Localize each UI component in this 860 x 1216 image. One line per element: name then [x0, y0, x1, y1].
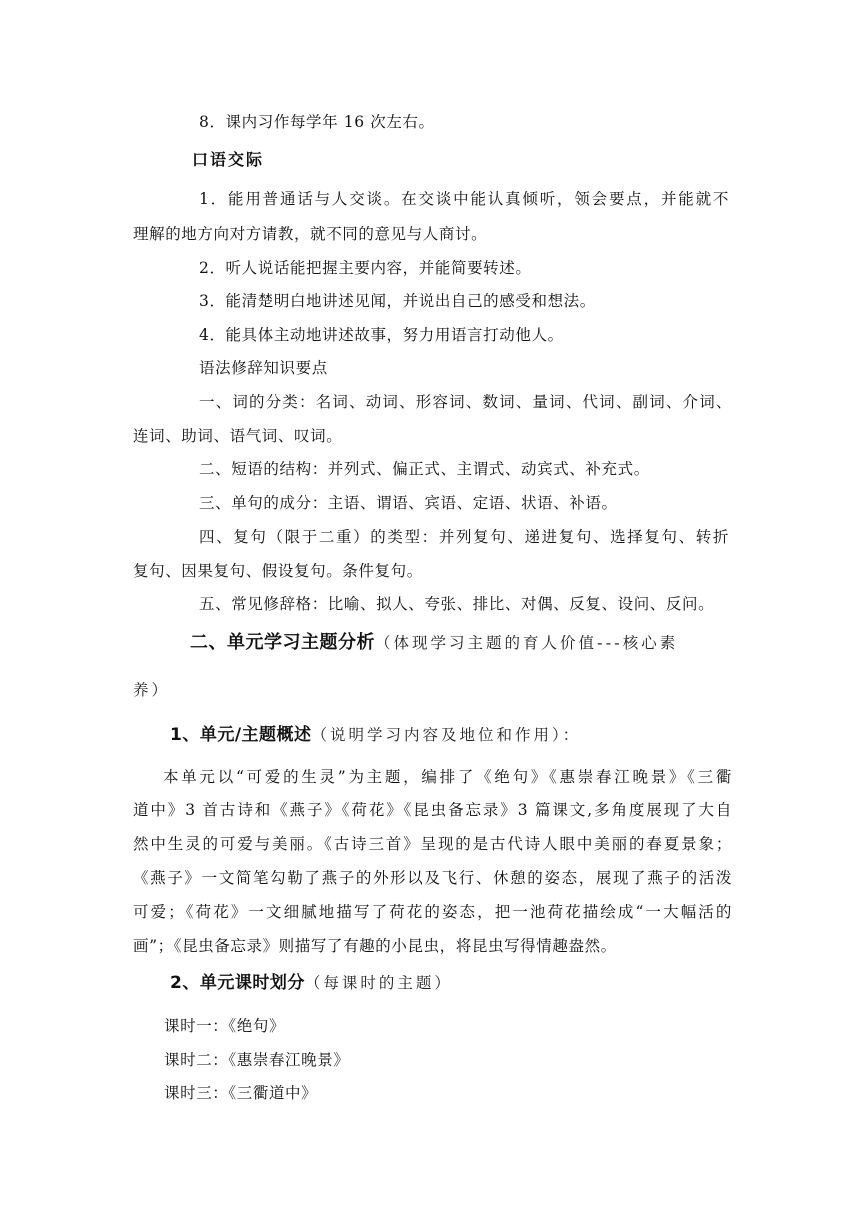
grammar-heading: 语法修辞知识要点	[199, 358, 328, 378]
lesson-1: 课时一：《绝句》	[164, 1016, 285, 1036]
oral-item-2: 2．听人说话能把握主要内容，并能简要转述。	[199, 258, 531, 278]
lesson-3-label: 课时三：	[164, 1084, 228, 1102]
overview-line-3: 然中生灵的可爱与美丽。《古诗三首》呈现的是古代诗人眼中美丽的春夏景象；	[133, 834, 732, 854]
oral-item-3: 3．能清楚明白地讲述见闻，并说出自己的感受和想法。	[199, 291, 596, 311]
overview-line-5: 可爱；《荷花》一文细腻地描写了荷花的姿态，把一池荷花描绘成“一大幅活的	[133, 902, 732, 922]
lesson-2-title: 《惠崇春江晚景》	[228, 1051, 349, 1069]
subsection-lessons-title: 2、单元课时划分	[170, 973, 305, 993]
subsection-overview-title: 1、单元/主题概述	[170, 725, 312, 745]
lesson-1-label: 课时一：	[164, 1017, 228, 1035]
lesson-2: 课时二：《惠崇春江晚景》	[164, 1050, 349, 1070]
lesson-3: 课时三：《三衢道中》	[164, 1083, 317, 1103]
section2-title: 二、单元学习主题分析	[190, 632, 375, 653]
overview-line-1: 本单元以“可爱的生灵”为主题，编排了《绝句》《惠崇春江晚景》《三衢	[163, 767, 732, 787]
subsection-overview-heading: 1、单元/主题概述（说明学习内容及地位和作用）：	[170, 725, 581, 745]
section2-heading: 二、单元学习主题分析（体现学习主题的育人价值---核心素	[190, 633, 678, 653]
lesson-1-title: 《绝句》	[228, 1017, 285, 1035]
overview-line-6: 画”；《昆虫备忘录》则描写了有趣的小昆虫，将昆虫写得情趣盎然。	[133, 936, 617, 956]
lesson-2-label: 课时二：	[164, 1051, 228, 1069]
document-page: 8．课内习作每学年 16 次左右。 口语交际 1．能用普通话与人交谈。在交谈中能…	[0, 0, 860, 1216]
grammar-item-1-line2: 连词、助词、语气词、叹词。	[133, 426, 342, 446]
oral-communication-heading: 口语交际	[192, 150, 264, 170]
grammar-item-4-line1: 四、复句（限于二重）的类型：并列复句、递进复句、选择复句、转折	[199, 527, 729, 547]
grammar-item-4-line2: 复句、因果复句、假设复句。条件复句。	[133, 561, 423, 581]
oral-item-1-line2: 理解的地方向对方请教，就不同的意见与人商讨。	[133, 224, 487, 244]
subsection-lessons-note: （每课时的主题）	[305, 974, 453, 992]
lesson-3-title: 《三衢道中》	[228, 1084, 317, 1102]
subsection-overview-note: （说明学习内容及地位和作用）：	[312, 726, 582, 744]
grammar-item-3: 三、单句的成分：主语、谓语、宾语、定语、状语、补语。	[199, 493, 618, 513]
composition-item-8: 8．课内习作每学年 16 次左右。	[199, 112, 435, 132]
overview-line-2: 道中》3 首古诗和《燕子》《荷花》《昆虫备忘录》3 篇课文,多角度展现了大自	[133, 800, 732, 820]
grammar-item-2: 二、短语的结构：并列式、偏正式、主谓式、动宾式、补充式。	[199, 459, 650, 479]
section2-note-line2: 养）	[133, 680, 170, 700]
oral-item-4: 4．能具体主动地讲述故事，努力用语言打动他人。	[199, 325, 564, 345]
grammar-item-1-line1: 一、词的分类：名词、动词、形容词、数词、量词、代词、副词、介词、	[199, 392, 732, 412]
subsection-lessons-heading: 2、单元课时划分（每课时的主题）	[170, 973, 453, 993]
section2-note: （体现学习主题的育人价值---核心素	[375, 634, 678, 652]
oral-item-1-line1: 1．能用普通话与人交谈。在交谈中能认真倾听，领会要点，并能就不	[199, 189, 729, 209]
grammar-item-5: 五、常见修辞格：比喻、拟人、夸张、排比、对偶、反复、设问、反问。	[199, 594, 714, 614]
overview-line-4: 《燕子》一文简笔勾勒了燕子的外形以及飞行、休憩的姿态，展现了燕子的活泼	[133, 868, 732, 888]
